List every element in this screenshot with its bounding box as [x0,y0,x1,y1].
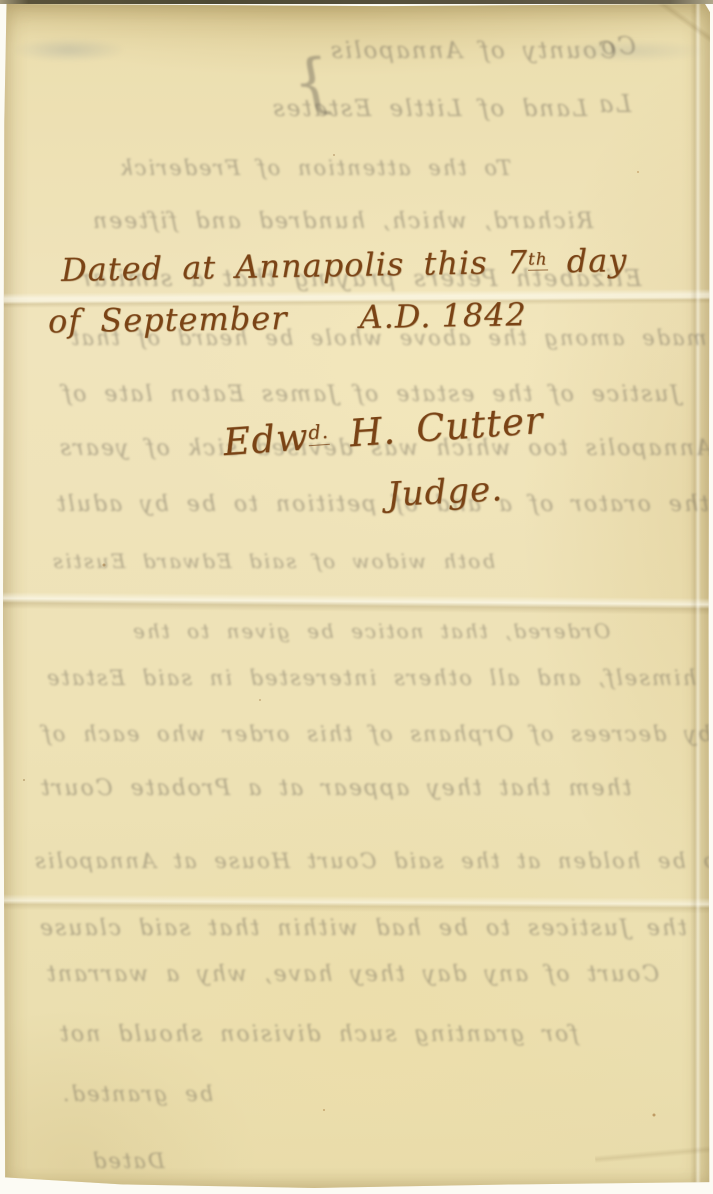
signature-title: Judge. [386,469,504,515]
date-line-1-text: Dated at Annapolis this [61,243,507,289]
date-day-ordinal: th [528,249,548,270]
date-line-1: Dated at Annapolis this 7th day [61,241,628,289]
date-year-text: 1842 [441,296,527,335]
date-line-1-suffix: day [547,241,627,280]
signature-name-superscript: d. [308,420,330,446]
scan-top-edge [0,0,713,4]
date-day-number: 7 [506,243,528,281]
signature-name-base: Edw [222,415,310,464]
date-month-text: of September [48,299,288,340]
paper-sheet: County of Annapolis}CoLand of Little Est… [3,4,710,1188]
signature-name-rest: H. Cutter [327,399,544,457]
signature-name: Edwd. H. Cutter [222,399,545,464]
date-line-2: of SeptemberA.D.1842 [48,296,527,341]
date-era-text: A.D. [359,297,431,336]
scanned-document: County of Annapolis}CoLand of Little Est… [0,0,713,1194]
ink-text-layer: Dated at Annapolis this 7th day of Septe… [3,4,710,1188]
